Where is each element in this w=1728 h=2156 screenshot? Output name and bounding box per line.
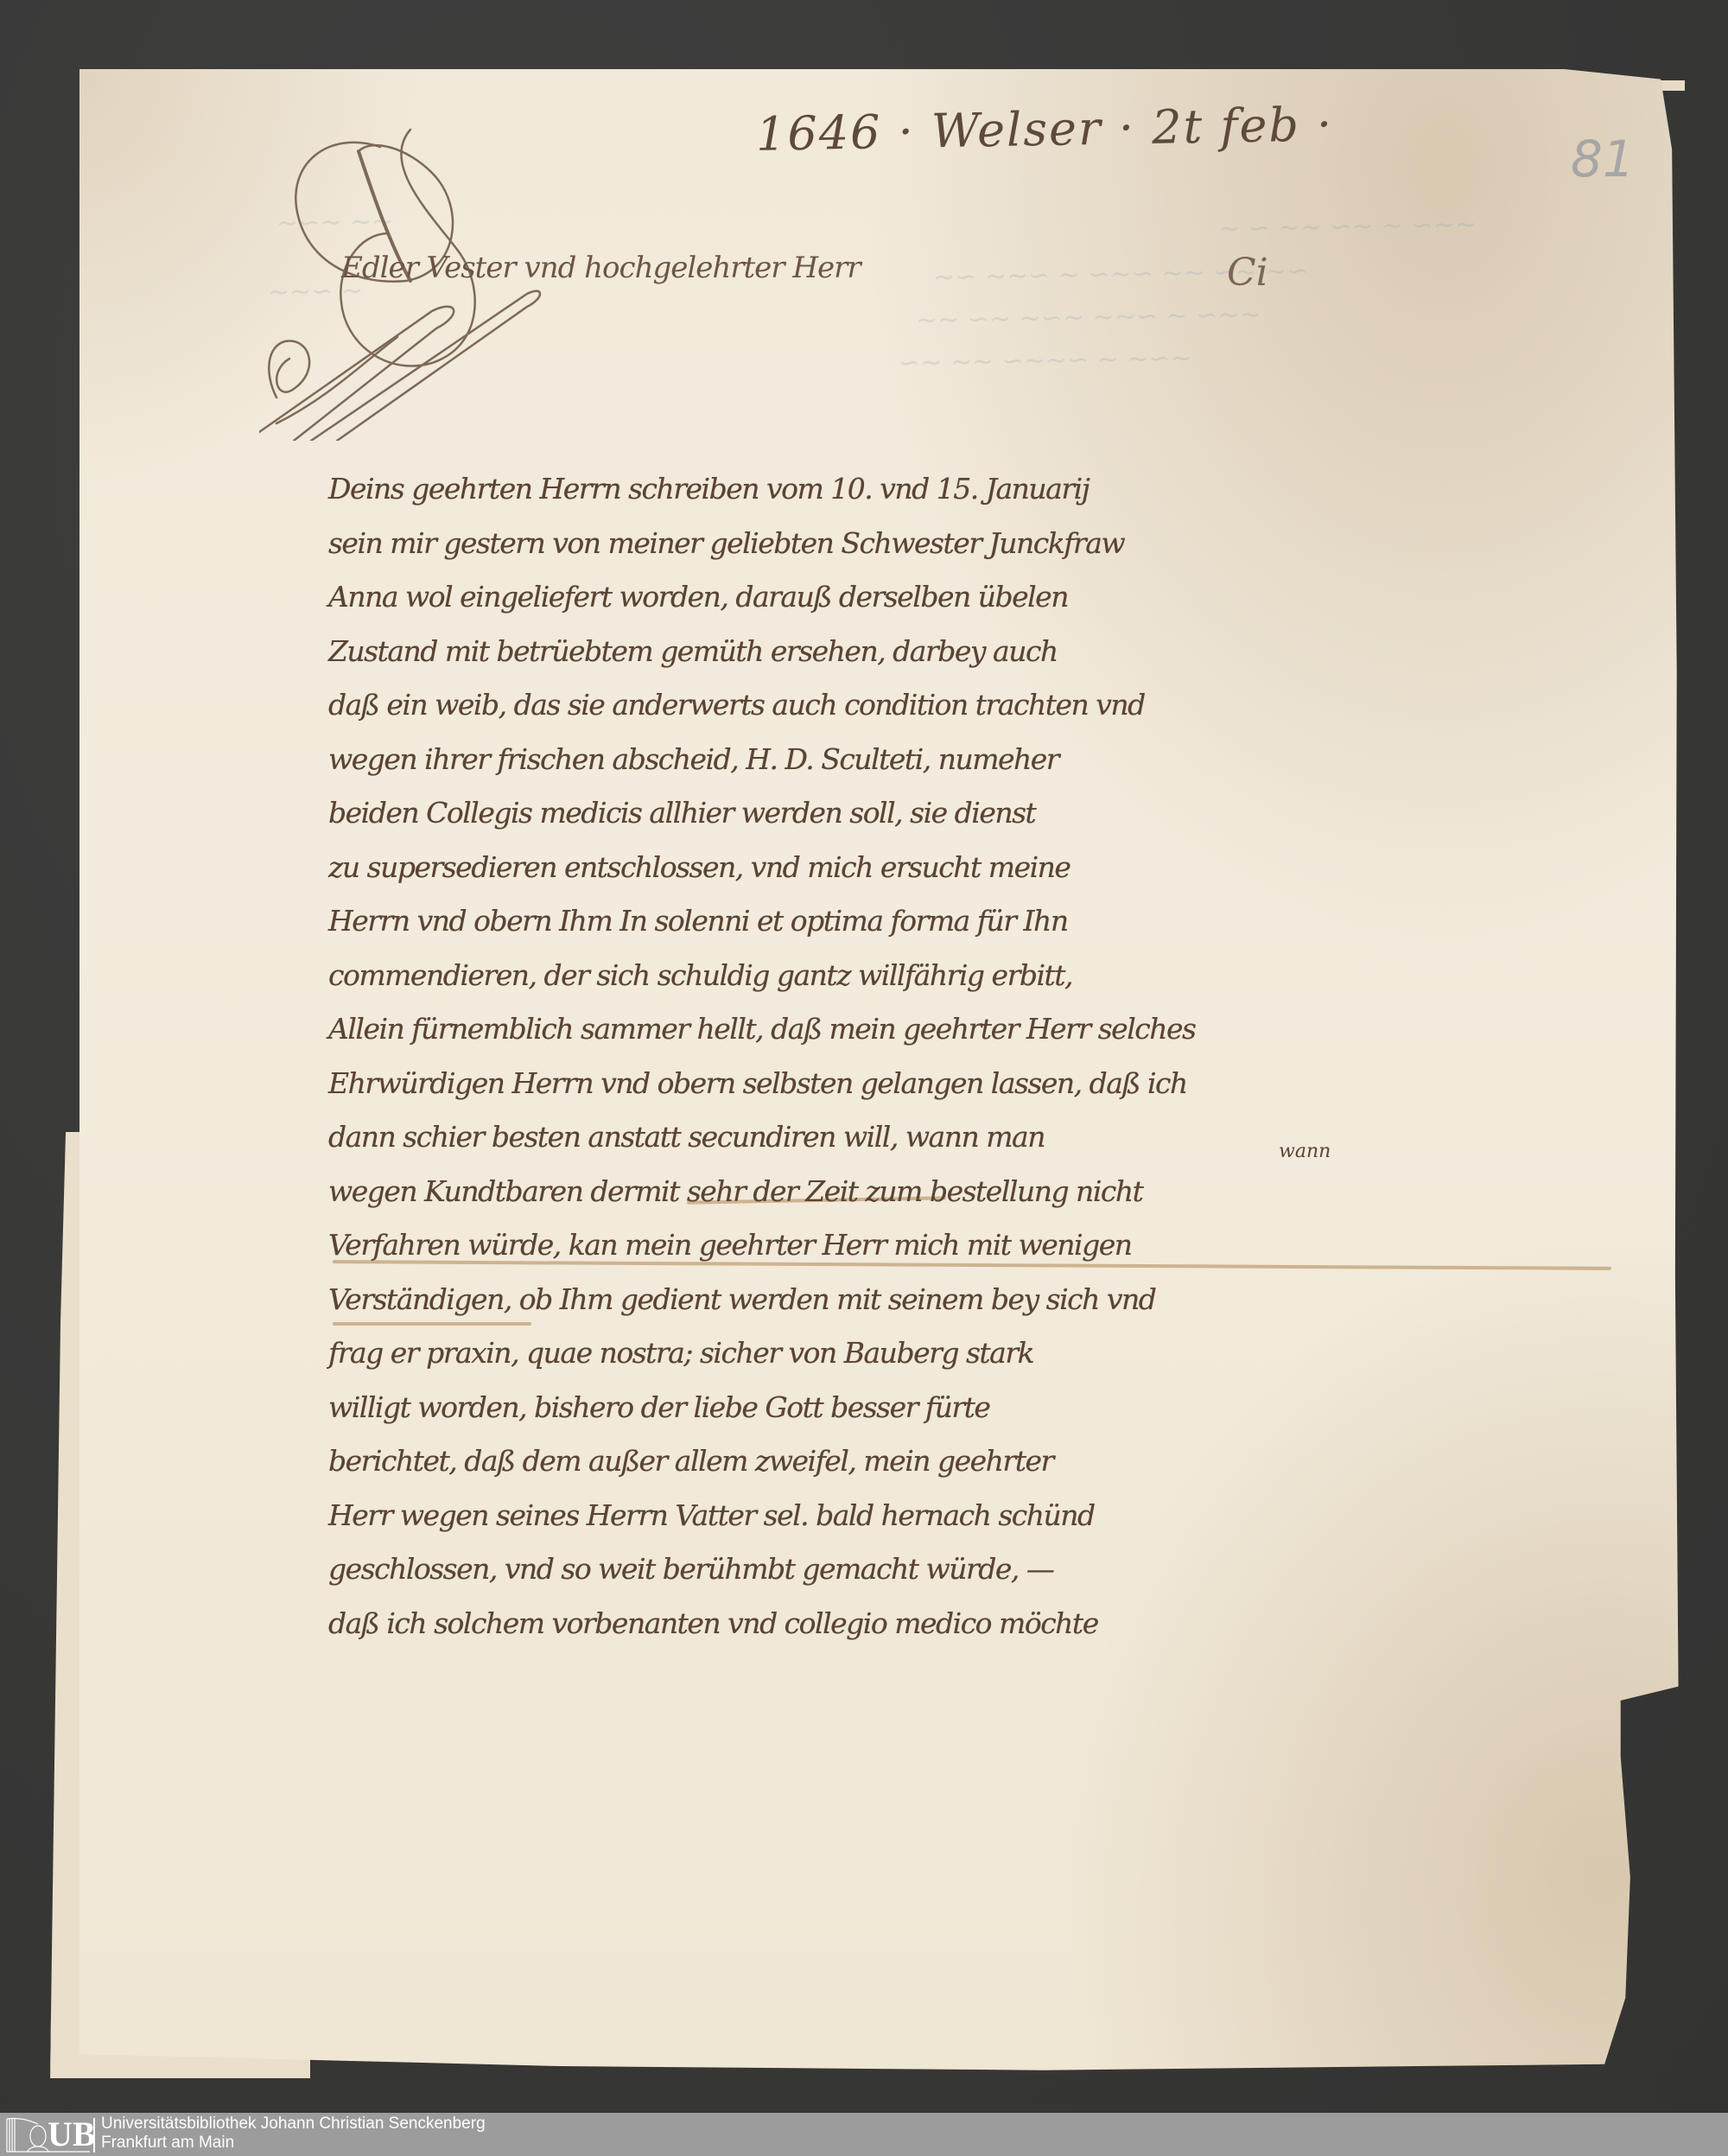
text-line: Allein fürnemblich sammer hellt, daß mei…: [328, 1002, 1624, 1057]
text-line: commendieren, der sich schuldig gantz wi…: [328, 949, 1624, 1003]
text-line: Herr wegen seines Herrn Vatter sel. bald…: [328, 1489, 1624, 1543]
institution-name: Universitätsbibliothek Johann Christian …: [101, 2115, 486, 2133]
bleed-through-text: ∼∼ ∽∼ ∼∽∼ ∼∼∽ ∼ ∽∼∼: [916, 300, 1261, 336]
text-line: sein mir gestern von meiner geliebten Sc…: [328, 517, 1624, 571]
text-line: zu supersedieren entschlossen, vnd mich …: [328, 841, 1624, 895]
text-line: Anna wol eingeliefert worden, darauß der…: [328, 570, 1624, 625]
logo-divider: [93, 2118, 95, 2153]
text-line: willigt worden, bishero der liebe Gott b…: [328, 1381, 1624, 1435]
institution-location: Frankfurt am Main: [101, 2134, 234, 2152]
text-line: Verfahren würde, kan mein geehrter Herr …: [328, 1218, 1624, 1273]
library-footer: UB Universitätsbibliothek Johann Christi…: [0, 2113, 1728, 2156]
text-line: Verständigen, ob Ihm gedient werden mit …: [328, 1273, 1624, 1327]
folio-number: 81: [1571, 130, 1635, 188]
text-line: daß ein weib, das sie anderwerts auch co…: [328, 678, 1624, 733]
bleed-through-text: ∽∼ ∼∼ ∽∼∼∽ ∼ ∼∽∼: [899, 343, 1192, 378]
text-line: wegen Kundtbaren dermit sehr der Zeit zu…: [328, 1165, 1624, 1219]
header-note: 1646 · Welser · 2t feb ·: [756, 97, 1334, 162]
bleed-through-text: ∼ ∽ ∼∼ ∽∼ ∼ ∽∼∼: [1218, 209, 1477, 244]
text-line: berichtet, daß dem außer allem zweifel, …: [328, 1434, 1624, 1489]
text-line: geschlossen, vnd so weit berühmbt gemach…: [328, 1542, 1624, 1597]
letter-body: Deins geehrten Herrn schreiben vom 10. v…: [328, 462, 1624, 1650]
text-line: daß ich solchem vorbenanten vnd collegio…: [328, 1597, 1624, 1651]
text-line: Herrn vnd obern Ihm In solenni et optima…: [328, 894, 1624, 949]
text-line: Zustand mit betrüebtem gemüth ersehen, d…: [328, 625, 1624, 679]
text-line: Deins geehrten Herrn schreiben vom 10. v…: [328, 462, 1624, 517]
library-logo-text: UB: [48, 2116, 96, 2153]
text-line: dann schier besten anstatt secundiren wi…: [328, 1110, 1624, 1165]
text-line: Ehrwürdigen Herrn vnd obern selbsten gel…: [328, 1057, 1624, 1111]
text-line: beiden Collegis medicis allhier werden s…: [328, 786, 1624, 841]
text-line: wegen ihrer frischen abscheid, H. D. Scu…: [328, 733, 1624, 787]
salutation-mark: Ci: [1227, 251, 1268, 295]
salutation: Edler Vester vnd hochgelehrter Herr: [341, 251, 861, 285]
text-line: frag er praxin, quae nostra; sicher von …: [328, 1326, 1624, 1381]
